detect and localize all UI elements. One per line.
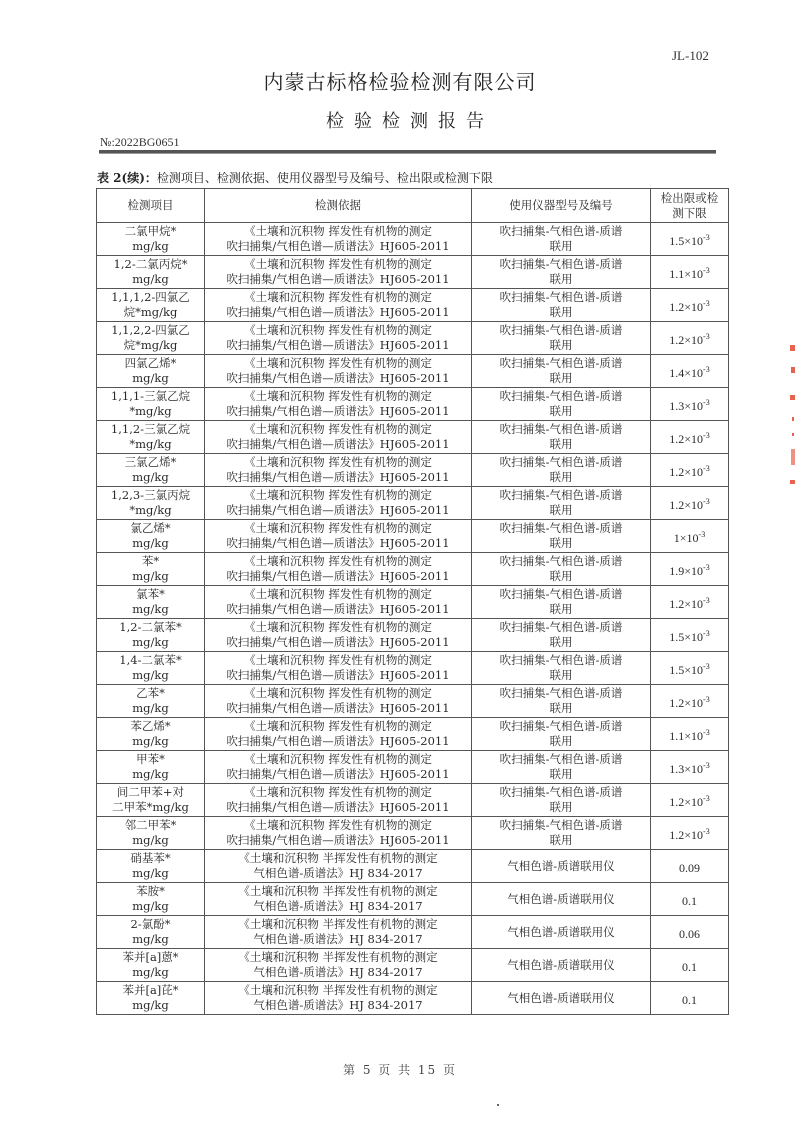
limit-exponent: -3 <box>703 794 710 803</box>
cell-detection-limit: 1.3×10-3 <box>651 388 729 421</box>
cell-test-item: 2-氯酚* mg/kg <box>97 916 205 949</box>
cell-detection-limit: 1.5×10-3 <box>651 223 729 256</box>
table-row: 四氯乙烯* mg/kg《土壤和沉积物 挥发性有机物的测定 吹扫捕集/气相色谱—质… <box>97 355 729 388</box>
limit-exponent: -3 <box>703 266 710 275</box>
limit-value: 0.1 <box>682 960 697 974</box>
cell-test-item: 间二甲苯+对 二甲苯*mg/kg <box>97 784 205 817</box>
table-row: 1,1,1,2-四氯乙 烷*mg/kg《土壤和沉积物 挥发性有机物的测定 吹扫捕… <box>97 289 729 322</box>
cell-test-basis: 《土壤和沉积物 挥发性有机物的测定 吹扫捕集/气相色谱—质谱法》HJ605-20… <box>205 652 472 685</box>
cell-instrument: 吹扫捕集-气相色谱-质谱 联用 <box>472 652 651 685</box>
limit-value: 1.2×10 <box>669 300 703 314</box>
cell-instrument: 吹扫捕集-气相色谱-质谱 联用 <box>472 553 651 586</box>
cell-detection-limit: 0.1 <box>651 949 729 982</box>
cell-instrument: 吹扫捕集-气相色谱-质谱 联用 <box>472 718 651 751</box>
cell-test-item: 四氯乙烯* mg/kg <box>97 355 205 388</box>
document-code: JL-102 <box>672 48 709 64</box>
cell-test-basis: 《土壤和沉积物 挥发性有机物的测定 吹扫捕集/气相色谱—质谱法》HJ605-20… <box>205 223 472 256</box>
table-row: 氯乙烯* mg/kg《土壤和沉积物 挥发性有机物的测定 吹扫捕集/气相色谱—质谱… <box>97 520 729 553</box>
company-name: 内蒙古标格检验检测有限公司 <box>0 66 800 95</box>
cell-instrument: 吹扫捕集-气相色谱-质谱 联用 <box>472 322 651 355</box>
cell-instrument: 吹扫捕集-气相色谱-质谱 联用 <box>472 421 651 454</box>
cell-test-item: 1,2-二氯丙烷* mg/kg <box>97 256 205 289</box>
limit-exponent: -3 <box>703 299 710 308</box>
cell-instrument: 气相色谱-质谱联用仪 <box>472 883 651 916</box>
cell-detection-limit: 1.5×10-3 <box>651 652 729 685</box>
report-number: №:2022BG0651 <box>100 135 179 150</box>
table-row: 1,1,2-三氯乙烷 *mg/kg《土壤和沉积物 挥发性有机物的测定 吹扫捕集/… <box>97 421 729 454</box>
table-caption: 表 2(续)：检测项目、检测依据、使用仪器型号及编号、检出限或检测下限 <box>97 169 493 186</box>
limit-value: 1.3×10 <box>669 762 703 776</box>
cell-detection-limit: 1.5×10-3 <box>651 619 729 652</box>
limit-exponent: -3 <box>703 464 710 473</box>
limit-value: 1.1×10 <box>669 729 703 743</box>
cell-test-item: 1,4-二氯苯* mg/kg <box>97 652 205 685</box>
cell-instrument: 吹扫捕集-气相色谱-质谱 联用 <box>472 256 651 289</box>
table-row: 乙苯* mg/kg《土壤和沉积物 挥发性有机物的测定 吹扫捕集/气相色谱—质谱法… <box>97 685 729 718</box>
table-row: 1,2-二氯丙烷* mg/kg《土壤和沉积物 挥发性有机物的测定 吹扫捕集/气相… <box>97 256 729 289</box>
table-caption-prefix: 表 2(续)： <box>97 171 157 185</box>
cell-instrument: 吹扫捕集-气相色谱-质谱 联用 <box>472 289 651 322</box>
cell-detection-limit: 1.2×10-3 <box>651 421 729 454</box>
cell-detection-limit: 1.2×10-3 <box>651 685 729 718</box>
cell-test-item: 氯乙烯* mg/kg <box>97 520 205 553</box>
cell-instrument: 气相色谱-质谱联用仪 <box>472 916 651 949</box>
seal-stamp-edge <box>790 345 796 495</box>
cell-detection-limit: 1.2×10-3 <box>651 322 729 355</box>
test-methods-table: 检测项目 检测依据 使用仪器型号及编号 检出限或检测下限 二氯甲烷* mg/kg… <box>96 188 729 1015</box>
cell-instrument: 吹扫捕集-气相色谱-质谱 联用 <box>472 388 651 421</box>
cell-test-basis: 《土壤和沉积物 挥发性有机物的测定 吹扫捕集/气相色谱—质谱法》HJ605-20… <box>205 289 472 322</box>
cell-instrument: 气相色谱-质谱联用仪 <box>472 850 651 883</box>
cell-test-item: 硝基苯* mg/kg <box>97 850 205 883</box>
table-row: 苯并[a]蒽* mg/kg《土壤和沉积物 半挥发性有机物的测定 气相色谱-质谱法… <box>97 949 729 982</box>
cell-test-basis: 《土壤和沉积物 挥发性有机物的测定 吹扫捕集/气相色谱—质谱法》HJ605-20… <box>205 355 472 388</box>
table-row: 三氯乙烯* mg/kg《土壤和沉积物 挥发性有机物的测定 吹扫捕集/气相色谱—质… <box>97 454 729 487</box>
table-row: 苯* mg/kg《土壤和沉积物 挥发性有机物的测定 吹扫捕集/气相色谱—质谱法》… <box>97 553 729 586</box>
table-row: 苯胺* mg/kg《土壤和沉积物 半挥发性有机物的测定 气相色谱-质谱法》HJ … <box>97 883 729 916</box>
cell-test-basis: 《土壤和沉积物 挥发性有机物的测定 吹扫捕集/气相色谱—质谱法》HJ605-20… <box>205 751 472 784</box>
cell-instrument: 吹扫捕集-气相色谱-质谱 联用 <box>472 355 651 388</box>
table-row: 二氯甲烷* mg/kg《土壤和沉积物 挥发性有机物的测定 吹扫捕集/气相色谱—质… <box>97 223 729 256</box>
limit-exponent: -3 <box>703 497 710 506</box>
table-row: 间二甲苯+对 二甲苯*mg/kg《土壤和沉积物 挥发性有机物的测定 吹扫捕集/气… <box>97 784 729 817</box>
cell-detection-limit: 1.2×10-3 <box>651 454 729 487</box>
cell-test-item: 苯并[a]芘* mg/kg <box>97 982 205 1015</box>
limit-exponent: -3 <box>703 695 710 704</box>
header-divider <box>99 150 716 154</box>
table-row: 甲苯* mg/kg《土壤和沉积物 挥发性有机物的测定 吹扫捕集/气相色谱—质谱法… <box>97 751 729 784</box>
cell-detection-limit: 0.09 <box>651 850 729 883</box>
limit-value: 0.06 <box>679 927 700 941</box>
cell-detection-limit: 1.9×10-3 <box>651 553 729 586</box>
table-row: 苯乙烯* mg/kg《土壤和沉积物 挥发性有机物的测定 吹扫捕集/气相色谱—质谱… <box>97 718 729 751</box>
limit-value: 1.2×10 <box>669 795 703 809</box>
limit-value: 1.9×10 <box>669 564 703 578</box>
limit-exponent: -3 <box>703 596 710 605</box>
cell-detection-limit: 0.1 <box>651 982 729 1015</box>
column-header-basis: 检测依据 <box>205 189 472 223</box>
table-row: 氯苯* mg/kg《土壤和沉积物 挥发性有机物的测定 吹扫捕集/气相色谱—质谱法… <box>97 586 729 619</box>
cell-test-item: 乙苯* mg/kg <box>97 685 205 718</box>
cell-test-item: 1,1,1,2-四氯乙 烷*mg/kg <box>97 289 205 322</box>
cell-test-basis: 《土壤和沉积物 半挥发性有机物的测定 气相色谱-质谱法》HJ 834-2017 <box>205 916 472 949</box>
limit-exponent: -3 <box>703 629 710 638</box>
cell-test-basis: 《土壤和沉积物 挥发性有机物的测定 吹扫捕集/气相色谱—质谱法》HJ605-20… <box>205 619 472 652</box>
cell-test-item: 1,1,1-三氯乙烷 *mg/kg <box>97 388 205 421</box>
cell-instrument: 吹扫捕集-气相色谱-质谱 联用 <box>472 619 651 652</box>
limit-value: 1.2×10 <box>669 432 703 446</box>
table-body: 二氯甲烷* mg/kg《土壤和沉积物 挥发性有机物的测定 吹扫捕集/气相色谱—质… <box>97 223 729 1015</box>
limit-value: 1.4×10 <box>669 366 703 380</box>
cell-test-basis: 《土壤和沉积物 挥发性有机物的测定 吹扫捕集/气相色谱—质谱法》HJ605-20… <box>205 421 472 454</box>
limit-exponent: -3 <box>703 398 710 407</box>
cell-instrument: 气相色谱-质谱联用仪 <box>472 982 651 1015</box>
limit-exponent: -3 <box>703 332 710 341</box>
cell-test-item: 苯胺* mg/kg <box>97 883 205 916</box>
cell-instrument: 吹扫捕集-气相色谱-质谱 联用 <box>472 520 651 553</box>
limit-exponent: -3 <box>703 431 710 440</box>
cell-detection-limit: 1×10-3 <box>651 520 729 553</box>
cell-detection-limit: 1.4×10-3 <box>651 355 729 388</box>
limit-value: 1.2×10 <box>669 597 703 611</box>
cell-test-item: 1,2,3-三氯丙烷 *mg/kg <box>97 487 205 520</box>
cell-test-basis: 《土壤和沉积物 半挥发性有机物的测定 气相色谱-质谱法》HJ 834-2017 <box>205 949 472 982</box>
cell-instrument: 吹扫捕集-气相色谱-质谱 联用 <box>472 751 651 784</box>
cell-test-item: 二氯甲烷* mg/kg <box>97 223 205 256</box>
cell-detection-limit: 1.1×10-3 <box>651 718 729 751</box>
cell-instrument: 吹扫捕集-气相色谱-质谱 联用 <box>472 817 651 850</box>
cell-instrument: 吹扫捕集-气相色谱-质谱 联用 <box>472 487 651 520</box>
table-row: 苯并[a]芘* mg/kg《土壤和沉积物 半挥发性有机物的测定 气相色谱-质谱法… <box>97 982 729 1015</box>
cell-test-basis: 《土壤和沉积物 挥发性有机物的测定 吹扫捕集/气相色谱—质谱法》HJ605-20… <box>205 388 472 421</box>
cell-test-basis: 《土壤和沉积物 挥发性有机物的测定 吹扫捕集/气相色谱—质谱法》HJ605-20… <box>205 553 472 586</box>
column-header-instrument: 使用仪器型号及编号 <box>472 189 651 223</box>
limit-exponent: -3 <box>703 827 710 836</box>
report-title: 检验检测报告 <box>0 107 800 133</box>
cell-test-item: 邻二甲苯* mg/kg <box>97 817 205 850</box>
column-header-item: 检测项目 <box>97 189 205 223</box>
cell-detection-limit: 0.1 <box>651 883 729 916</box>
cell-test-basis: 《土壤和沉积物 半挥发性有机物的测定 气相色谱-质谱法》HJ 834-2017 <box>205 850 472 883</box>
table-header-row: 检测项目 检测依据 使用仪器型号及编号 检出限或检测下限 <box>97 189 729 223</box>
cell-instrument: 吹扫捕集-气相色谱-质谱 联用 <box>472 784 651 817</box>
cell-test-basis: 《土壤和沉积物 挥发性有机物的测定 吹扫捕集/气相色谱—质谱法》HJ605-20… <box>205 784 472 817</box>
limit-value: 1.5×10 <box>669 630 703 644</box>
cell-test-item: 苯乙烯* mg/kg <box>97 718 205 751</box>
table-row: 邻二甲苯* mg/kg《土壤和沉积物 挥发性有机物的测定 吹扫捕集/气相色谱—质… <box>97 817 729 850</box>
limit-exponent: -3 <box>703 365 710 374</box>
page-number: 第 5 页 共 15 页 <box>0 1061 800 1078</box>
cell-test-item: 1,1,2,2-四氯乙 烷*mg/kg <box>97 322 205 355</box>
cell-test-basis: 《土壤和沉积物 挥发性有机物的测定 吹扫捕集/气相色谱—质谱法》HJ605-20… <box>205 817 472 850</box>
table-caption-text: 检测项目、检测依据、使用仪器型号及编号、检出限或检测下限 <box>157 171 493 185</box>
limit-exponent: -3 <box>703 233 710 242</box>
cell-test-basis: 《土壤和沉积物 挥发性有机物的测定 吹扫捕集/气相色谱—质谱法》HJ605-20… <box>205 685 472 718</box>
cell-instrument: 吹扫捕集-气相色谱-质谱 联用 <box>472 685 651 718</box>
cell-instrument: 吹扫捕集-气相色谱-质谱 联用 <box>472 454 651 487</box>
cell-test-item: 1,2-二氯苯* mg/kg <box>97 619 205 652</box>
cell-test-basis: 《土壤和沉积物 半挥发性有机物的测定 气相色谱-质谱法》HJ 834-2017 <box>205 883 472 916</box>
cell-instrument: 吹扫捕集-气相色谱-质谱 联用 <box>472 586 651 619</box>
cell-test-basis: 《土壤和沉积物 挥发性有机物的测定 吹扫捕集/气相色谱—质谱法》HJ605-20… <box>205 322 472 355</box>
cell-detection-limit: 1.2×10-3 <box>651 487 729 520</box>
cell-test-item: 苯并[a]蒽* mg/kg <box>97 949 205 982</box>
limit-exponent: -3 <box>703 662 710 671</box>
limit-value: 1.2×10 <box>669 333 703 347</box>
cell-detection-limit: 1.2×10-3 <box>651 784 729 817</box>
limit-value: 1.5×10 <box>669 663 703 677</box>
limit-value: 1.2×10 <box>669 696 703 710</box>
limit-exponent: -3 <box>699 530 706 539</box>
cell-detection-limit: 1.2×10-3 <box>651 289 729 322</box>
cell-instrument: 气相色谱-质谱联用仪 <box>472 949 651 982</box>
cell-test-basis: 《土壤和沉积物 挥发性有机物的测定 吹扫捕集/气相色谱—质谱法》HJ605-20… <box>205 487 472 520</box>
cell-test-basis: 《土壤和沉积物 挥发性有机物的测定 吹扫捕集/气相色谱—质谱法》HJ605-20… <box>205 256 472 289</box>
limit-value: 1×10 <box>674 531 699 545</box>
cell-test-basis: 《土壤和沉积物 半挥发性有机物的测定 气相色谱-质谱法》HJ 834-2017 <box>205 982 472 1015</box>
limit-value: 1.2×10 <box>669 498 703 512</box>
limit-value: 1.1×10 <box>669 267 703 281</box>
limit-value: 0.09 <box>679 861 700 875</box>
table-row: 1,2-二氯苯* mg/kg《土壤和沉积物 挥发性有机物的测定 吹扫捕集/气相色… <box>97 619 729 652</box>
table-row: 1,1,1-三氯乙烷 *mg/kg《土壤和沉积物 挥发性有机物的测定 吹扫捕集/… <box>97 388 729 421</box>
cell-test-item: 三氯乙烯* mg/kg <box>97 454 205 487</box>
cell-test-basis: 《土壤和沉积物 挥发性有机物的测定 吹扫捕集/气相色谱—质谱法》HJ605-20… <box>205 520 472 553</box>
cell-test-basis: 《土壤和沉积物 挥发性有机物的测定 吹扫捕集/气相色谱—质谱法》HJ605-20… <box>205 454 472 487</box>
table-row: 硝基苯* mg/kg《土壤和沉积物 半挥发性有机物的测定 气相色谱-质谱法》HJ… <box>97 850 729 883</box>
cell-detection-limit: 0.06 <box>651 916 729 949</box>
cell-detection-limit: 1.2×10-3 <box>651 586 729 619</box>
cell-detection-limit: 1.1×10-3 <box>651 256 729 289</box>
limit-exponent: -3 <box>703 563 710 572</box>
cell-test-item: 氯苯* mg/kg <box>97 586 205 619</box>
limit-value: 1.3×10 <box>669 399 703 413</box>
cell-test-basis: 《土壤和沉积物 挥发性有机物的测定 吹扫捕集/气相色谱—质谱法》HJ605-20… <box>205 718 472 751</box>
cell-detection-limit: 1.3×10-3 <box>651 751 729 784</box>
column-header-limit: 检出限或检测下限 <box>651 189 729 223</box>
limit-value: 1.2×10 <box>669 828 703 842</box>
limit-value: 0.1 <box>682 894 697 908</box>
limit-exponent: -3 <box>703 728 710 737</box>
limit-value: 1.5×10 <box>669 234 703 248</box>
cell-test-item: 苯* mg/kg <box>97 553 205 586</box>
limit-value: 1.2×10 <box>669 465 703 479</box>
limit-exponent: -3 <box>703 761 710 770</box>
column-header-limit-text: 检出限或检测下限 <box>661 191 719 221</box>
cell-test-item: 甲苯* mg/kg <box>97 751 205 784</box>
cell-instrument: 吹扫捕集-气相色谱-质谱 联用 <box>472 223 651 256</box>
limit-value: 0.1 <box>682 993 697 1007</box>
cell-test-basis: 《土壤和沉积物 挥发性有机物的测定 吹扫捕集/气相色谱—质谱法》HJ605-20… <box>205 586 472 619</box>
table-row: 2-氯酚* mg/kg《土壤和沉积物 半挥发性有机物的测定 气相色谱-质谱法》H… <box>97 916 729 949</box>
table-row: 1,1,2,2-四氯乙 烷*mg/kg《土壤和沉积物 挥发性有机物的测定 吹扫捕… <box>97 322 729 355</box>
cell-test-item: 1,1,2-三氯乙烷 *mg/kg <box>97 421 205 454</box>
cell-detection-limit: 1.2×10-3 <box>651 817 729 850</box>
table-row: 1,4-二氯苯* mg/kg《土壤和沉积物 挥发性有机物的测定 吹扫捕集/气相色… <box>97 652 729 685</box>
scan-speck <box>497 1104 499 1106</box>
table-row: 1,2,3-三氯丙烷 *mg/kg《土壤和沉积物 挥发性有机物的测定 吹扫捕集/… <box>97 487 729 520</box>
